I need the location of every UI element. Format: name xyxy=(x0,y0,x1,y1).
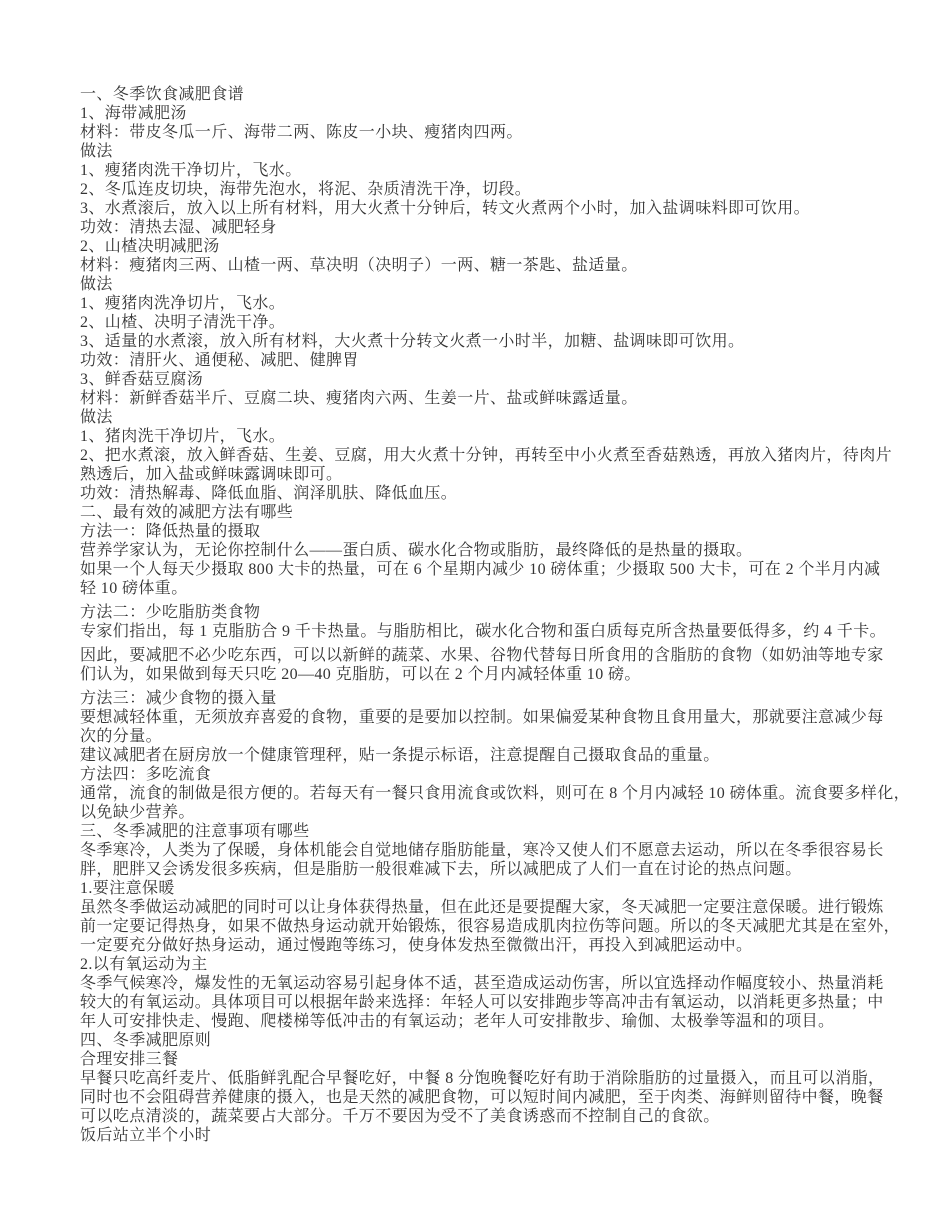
doc-line: 3、适量的水煮滚，放入所有材料，大火煮十分转文火煮一小时半，加糖、盐调味即可饮用… xyxy=(80,332,920,351)
doc-line: 较大的有氧运动。具体项目可以根据年龄来选择：年轻人可以安排跑步等高冲击有氧运动，… xyxy=(80,993,920,1012)
doc-line: 胖，肥胖又会诱发很多疾病，但是脂肪一般很难减下去，所以减肥成了人们一直在讨论的热… xyxy=(80,860,920,879)
doc-line: 饭后站立半个小时 xyxy=(80,1126,920,1145)
doc-line: 3、水煮滚后，放入以上所有材料，用大火煮十分钟后，转文火煮两个小时，加入盐调味料… xyxy=(80,199,920,218)
doc-line: 可以吃点清淡的，蔬菜要占大部分。千万不要因为受不了美食诱惑而不控制自己的食欲。 xyxy=(80,1107,920,1126)
doc-line: 2.以有氧运动为主 xyxy=(80,955,920,974)
doc-line: 材料：新鲜香菇半斤、豆腐二块、瘦猪肉六两、生姜一片、盐或鲜味露适量。 xyxy=(80,389,920,408)
doc-line: 功效：清肝火、通便秘、减肥、健脾胃 xyxy=(80,351,920,370)
doc-line: 如果一个人每天少摄取 800 大卡的热量，可在 6 个星期内减少 10 磅体重；… xyxy=(80,560,920,579)
doc-line: 1.要注意保暖 xyxy=(80,879,920,898)
doc-line: 1、海带减肥汤 xyxy=(80,104,920,123)
doc-line: 做法 xyxy=(80,142,920,161)
doc-line: 一定要充分做好热身运动，通过慢跑等练习，使身体发热至微微出汗，再投入到减肥运动中… xyxy=(80,936,920,955)
doc-line: 做法 xyxy=(80,408,920,427)
doc-line: 方法二：少吃脂肪类食物 xyxy=(80,603,920,622)
doc-line: 冬季寒冷，人类为了保暖，身体机能会自觉地储存脂肪能量，寒冷又使人们不愿意去运动，… xyxy=(80,841,920,860)
doc-line: 2、山楂、决明子清洗干净。 xyxy=(80,313,920,332)
doc-line: 三、冬季减肥的注意事项有哪些 xyxy=(80,822,920,841)
doc-line: 2、山楂决明减肥汤 xyxy=(80,237,920,256)
doc-line: 做法 xyxy=(80,275,920,294)
doc-line: 要想减轻体重，无须放弃喜爱的食物，重要的是要加以控制。如果偏爱某种食物且食用量大… xyxy=(80,708,920,727)
doc-line: 轻 10 磅体重。 xyxy=(80,579,920,598)
doc-line: 因此，要减肥不必少吃东西，可以以新鲜的蔬菜、水果、谷物代替每日所食用的含脂肪的食… xyxy=(80,646,920,665)
doc-line: 熟透后，加入盐或鲜味露调味即可。 xyxy=(80,465,920,484)
doc-line: 1、猪肉洗干净切片，飞水。 xyxy=(80,427,920,446)
doc-line: 2、把水煮滚，放入鲜香菇、生姜、豆腐，用大火煮十分钟，再转至中小火煮至香菇熟透，… xyxy=(80,446,920,465)
doc-line: 前一定要记得热身，如果不做热身运动就开始锻炼，很容易造成肌肉拉伤等问题。所以的冬… xyxy=(80,917,920,936)
doc-line: 2、冬瓜连皮切块，海带先泡水，将泥、杂质清洗干净，切段。 xyxy=(80,180,920,199)
doc-line: 专家们指出，每 1 克脂肪合 9 千卡热量。与脂肪相比，碳水化合物和蛋白质每克所… xyxy=(80,622,920,641)
doc-line: 建议减肥者在厨房放一个健康管理秤，贴一条提示标语，注意提醒自己摄取食品的重量。 xyxy=(80,746,920,765)
doc-line: 一、冬季饮食减肥食谱 xyxy=(80,85,920,104)
doc-line: 合理安排三餐 xyxy=(80,1050,920,1069)
text-block: 一、冬季饮食减肥食谱1、海带减肥汤材料：带皮冬瓜一斤、海带二两、陈皮一小块、瘦猪… xyxy=(80,85,920,1145)
doc-line: 二、最有效的减肥方法有哪些 xyxy=(80,503,920,522)
doc-line: 1、瘦猪肉洗净切片，飞水。 xyxy=(80,294,920,313)
doc-line: 功效：清热去湿、减肥轻身 xyxy=(80,218,920,237)
doc-line: 材料：带皮冬瓜一斤、海带二两、陈皮一小块、瘦猪肉四两。 xyxy=(80,123,920,142)
doc-line: 虽然冬季做运动减肥的同时可以让身体获得热量，但在此还是要提醒大家，冬天减肥一定要… xyxy=(80,898,920,917)
doc-line: 同时也不会阻碍营养健康的摄入，也是天然的减肥食物，可以短时间内减肥，至于肉类、海… xyxy=(80,1088,920,1107)
doc-line: 营养学家认为，无论你控制什么——蛋白质、碳水化合物或脂肪，最终降低的是热量的摄取… xyxy=(80,541,920,560)
doc-line: 以免缺少营养。 xyxy=(80,803,920,822)
doc-line: 四、冬季减肥原则 xyxy=(80,1031,920,1050)
doc-line: 通常，流食的制做是很方便的。若每天有一餐只食用流食或饮料，则可在 8 个月内减轻… xyxy=(80,784,920,803)
doc-line: 材料：瘦猪肉三两、山楂一两、草决明（决明子）一两、糖一茶匙、盐适量。 xyxy=(80,256,920,275)
doc-line: 们认为，如果做到每天只吃 20—40 克脂肪，可以在 2 个月内减轻体重 10 … xyxy=(80,665,920,684)
document-page: { "page": { "colors": { "page-bg": "#fff… xyxy=(0,0,950,1230)
doc-line: 方法三：减少食物的摄入量 xyxy=(80,689,920,708)
doc-line: 功效：清热解毒、降低血脂、润泽肌肤、降低血压。 xyxy=(80,484,920,503)
doc-line: 早餐只吃高纤麦片、低脂鲜乳配合早餐吃好，中餐 8 分饱晚餐吃好有助于消除脂肪的过… xyxy=(80,1069,920,1088)
doc-line: 冬季气候寒冷，爆发性的无氧运动容易引起身体不适，甚至造成运动伤害，所以宜选择动作… xyxy=(80,974,920,993)
doc-line: 次的分量。 xyxy=(80,727,920,746)
doc-line: 3、鲜香菇豆腐汤 xyxy=(80,370,920,389)
doc-line: 1、瘦猪肉洗干净切片，飞水。 xyxy=(80,161,920,180)
doc-line: 年人可安排快走、慢跑、爬楼梯等低冲击的有氧运动；老年人可安排散步、瑜伽、太极拳等… xyxy=(80,1012,920,1031)
doc-line: 方法一：降低热量的摄取 xyxy=(80,522,920,541)
doc-line: 方法四：多吃流食 xyxy=(80,765,920,784)
